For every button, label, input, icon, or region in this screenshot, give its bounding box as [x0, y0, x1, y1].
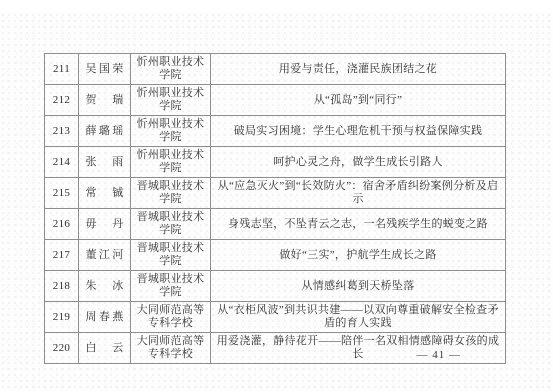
- row-school-cell: 晋城职业技术学院: [131, 271, 211, 302]
- row-name-cell: 白云: [79, 333, 131, 364]
- row-name-cell: 薛璐瑶: [79, 116, 131, 147]
- row-name-cell: 毋丹: [79, 209, 131, 240]
- row-school-cell: 忻州职业技术学院: [131, 85, 211, 116]
- table-row: 215常铖晋城职业技术学院从“应急灭火”到“长效防火”：宿舍矛盾纠纷案例分析及启…: [45, 178, 506, 209]
- table-row: 214张雨忻州职业技术学院呵护心灵之舟，做学生成长引路人: [45, 147, 506, 178]
- row-number-cell: 213: [45, 116, 79, 147]
- row-school-cell: 忻州职业技术学院: [131, 147, 211, 178]
- row-title-cell: 用爱与责任，浇灌民族团结之花: [211, 54, 506, 85]
- person-name: 董江河: [86, 249, 124, 262]
- row-number-cell: 217: [45, 240, 79, 271]
- table-row: 219周春燕大同师范高等专科学校从“衣柜风波”到共识共建——以双向尊重破解安全检…: [45, 302, 506, 333]
- row-number-cell: 212: [45, 85, 79, 116]
- table-row: 218朱冰晋城职业技术学院从情感纠葛到天桥坠落: [45, 271, 506, 302]
- row-name-cell: 吴国荣: [79, 54, 131, 85]
- row-number-cell: 211: [45, 54, 79, 85]
- row-title-cell: 用爱浇灌，静待花开——陪伴一名双相情感障碍女孩的成长: [211, 333, 506, 364]
- row-name-cell: 周春燕: [79, 302, 131, 333]
- table-row: 217董江河晋城职业技术学院做好“三实”，护航学生成长之路: [45, 240, 506, 271]
- person-name: 周春燕: [86, 311, 124, 324]
- row-school-cell: 晋城职业技术学院: [131, 209, 211, 240]
- person-name: 白云: [86, 342, 124, 355]
- row-title-cell: 从“衣柜风波”到共识共建——以双向尊重破解安全检查矛盾的育人实践: [211, 302, 506, 333]
- table-row: 212贺瑞忻州职业技术学院从“孤岛”到“同行”: [45, 85, 506, 116]
- row-school-cell: 晋城职业技术学院: [131, 178, 211, 209]
- row-title-cell: 从“孤岛”到“同行”: [211, 85, 506, 116]
- row-school-cell: 晋城职业技术学院: [131, 240, 211, 271]
- row-title-cell: 破局实习困境：学生心理危机干预与权益保障实践: [211, 116, 506, 147]
- person-name: 张雨: [86, 156, 124, 169]
- table-row: 216毋丹晋城职业技术学院身残志坚，不坠青云之志，一名残疾学生的蜕变之路: [45, 209, 506, 240]
- person-name: 贺瑞: [86, 94, 124, 107]
- row-name-cell: 朱冰: [79, 271, 131, 302]
- document-page: 211吴国荣忻州职业技术学院用爱与责任，浇灌民族团结之花212贺瑞忻州职业技术学…: [0, 0, 553, 391]
- row-number-cell: 216: [45, 209, 79, 240]
- row-number-cell: 214: [45, 147, 79, 178]
- row-number-cell: 219: [45, 302, 79, 333]
- table-row: 211吴国荣忻州职业技术学院用爱与责任，浇灌民族团结之花: [45, 54, 506, 85]
- person-name: 常铖: [86, 187, 124, 200]
- person-name: 吴国荣: [86, 63, 124, 76]
- page-number: — 41 —: [417, 349, 462, 361]
- row-name-cell: 贺瑞: [79, 85, 131, 116]
- row-school-cell: 大同师范高等专科学校: [131, 333, 211, 364]
- row-name-cell: 张雨: [79, 147, 131, 178]
- person-name: 毋丹: [86, 218, 124, 231]
- person-name: 薛璐瑶: [86, 125, 124, 138]
- table-row: 213薛璐瑶忻州职业技术学院破局实习困境：学生心理危机干预与权益保障实践: [45, 116, 506, 147]
- row-title-cell: 做好“三实”，护航学生成长之路: [211, 240, 506, 271]
- row-title-cell: 呵护心灵之舟，做学生成长引路人: [211, 147, 506, 178]
- award-table-body: 211吴国荣忻州职业技术学院用爱与责任，浇灌民族团结之花212贺瑞忻州职业技术学…: [45, 54, 506, 364]
- row-school-cell: 忻州职业技术学院: [131, 54, 211, 85]
- row-title-cell: 从情感纠葛到天桥坠落: [211, 271, 506, 302]
- row-name-cell: 常铖: [79, 178, 131, 209]
- row-title-cell: 身残志坚，不坠青云之志，一名残疾学生的蜕变之路: [211, 209, 506, 240]
- row-title-cell: 从“应急灭火”到“长效防火”：宿舍矛盾纠纷案例分析及启示: [211, 178, 506, 209]
- person-name: 朱冰: [86, 280, 124, 293]
- row-name-cell: 董江河: [79, 240, 131, 271]
- award-list-table: 211吴国荣忻州职业技术学院用爱与责任，浇灌民族团结之花212贺瑞忻州职业技术学…: [44, 53, 506, 364]
- row-number-cell: 220: [45, 333, 79, 364]
- row-school-cell: 大同师范高等专科学校: [131, 302, 211, 333]
- row-number-cell: 218: [45, 271, 79, 302]
- row-number-cell: 215: [45, 178, 79, 209]
- page-top-margin: [0, 0, 553, 12]
- row-school-cell: 忻州职业技术学院: [131, 116, 211, 147]
